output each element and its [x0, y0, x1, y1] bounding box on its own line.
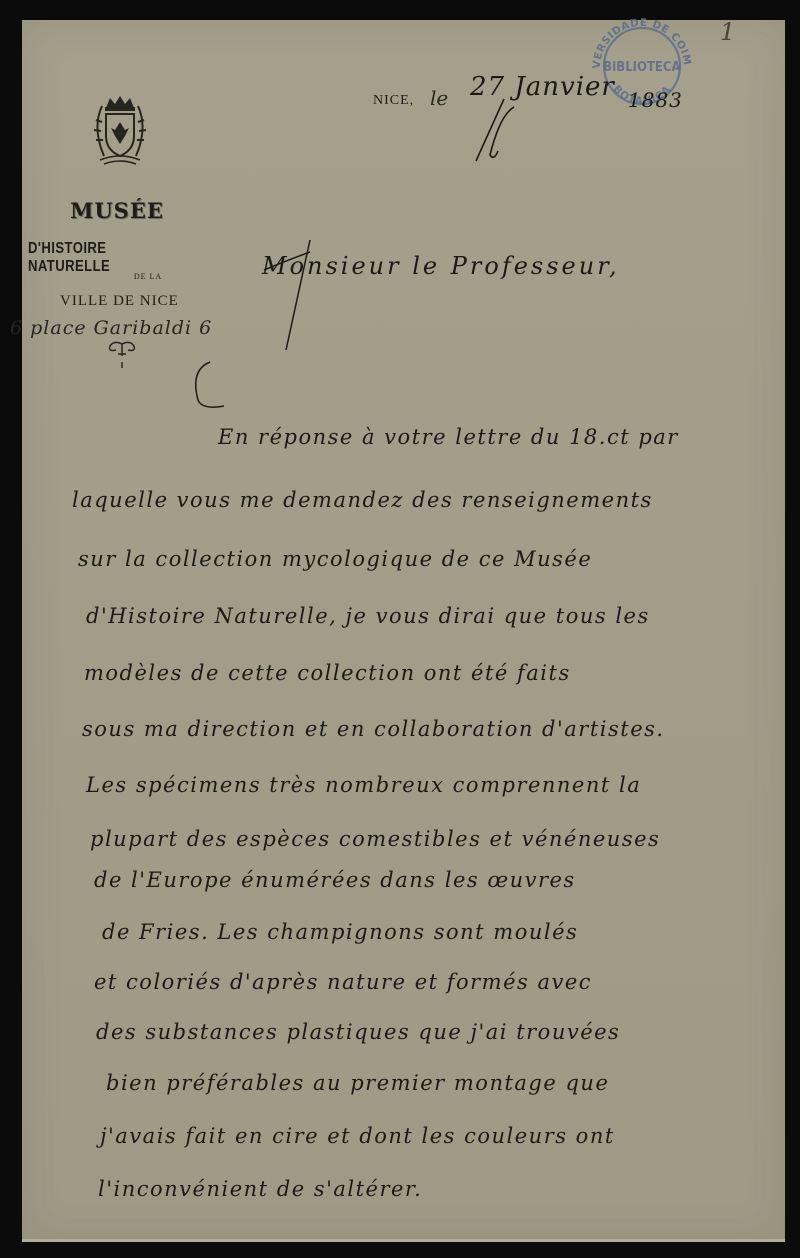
letter-line: de l'Europe énumérées dans les œuvres [94, 868, 576, 892]
letter-line: sur la collection mycologique de ce Musé… [78, 547, 592, 571]
letterhead-subtitle: D'HISTOIRE NATURELLE [28, 240, 192, 276]
ornament-icon [102, 340, 142, 370]
letter-line: Les spécimens très nombreux comprennent … [86, 773, 641, 797]
page-number: 1 [720, 18, 735, 46]
letter-line: l'inconvénient de s'altérer. [98, 1177, 422, 1201]
letterhead-city: VILLE DE NICE [60, 293, 200, 310]
letterhead-address: 6 place Garibaldi 6 [10, 317, 260, 339]
letter-line: En réponse à votre lettre du 18.ct par [218, 425, 679, 449]
dateline-year: 1883 [628, 88, 683, 112]
date-flourish [470, 95, 530, 165]
letterhead-connector: DE LA [128, 272, 168, 281]
letter-line: sous ma direction et en collaboration d'… [82, 717, 665, 741]
letter-line: des substances plastiques que j'ai trouv… [96, 1020, 620, 1044]
letter-line: laquelle vous me demandez des renseignem… [72, 488, 653, 512]
salutation: Monsieur le Professeur, [262, 252, 620, 280]
letter-line: modèles de cette collection ont été fait… [84, 661, 571, 685]
letter-line: j'avais fait en cire et dont les couleur… [100, 1124, 615, 1148]
coat-of-arms-icon [82, 92, 158, 172]
letter-line: de Fries. Les champignons sont moulés [102, 920, 578, 944]
letter-line: et coloriés d'après nature et formés ave… [94, 970, 592, 994]
paragraph-flourish [170, 360, 250, 420]
letter-line: plupart des espèces comestibles et vénén… [90, 827, 660, 851]
dateline-le: le [430, 86, 448, 110]
dateline-place: NICE, [373, 93, 414, 109]
letterhead-title: MUSÉE [62, 198, 172, 223]
letter-line: d'Histoire Naturelle, je vous dirai que … [86, 604, 650, 628]
letter-line: bien préférables au premier montage que [106, 1071, 609, 1095]
salutation-flourish [258, 230, 338, 360]
